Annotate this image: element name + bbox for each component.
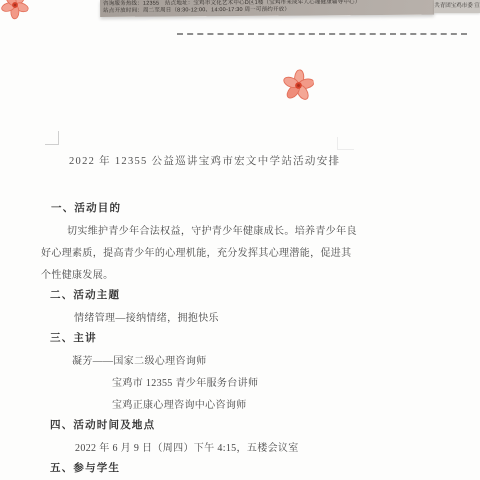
doc-line: 好心理素质，提高青少年的心理机能，充分发挥其心理潜能，促进其: [41, 244, 352, 259]
doc-line: 个性健康发展。: [41, 266, 113, 281]
section-heading-5: 五、参与学生: [50, 460, 120, 475]
flower-icon: [281, 68, 317, 104]
doc-line: 情绪管理—接纳情绪，拥抱快乐: [74, 309, 219, 324]
page-title: 2022 年 12355 公益巡讲宝鸡市宏文中学站活动安排: [69, 153, 340, 168]
doc-line: 宝鸡正康心理咨询中心咨询师: [112, 396, 247, 411]
dashed-divider: [177, 33, 467, 35]
section-heading-2: 二、活动主题: [50, 287, 120, 302]
corner-mark: [45, 131, 59, 145]
corner-mark-faint: [337, 137, 354, 150]
section-heading-1: 一、活动目的: [51, 200, 121, 215]
doc-line: 宝鸡市 12355 青少年服务台讲师: [112, 374, 258, 389]
strip-credit-label: 共青团宝鸡市委 宣: [434, 0, 480, 13]
doc-line: 2022 年 6 月 9 日（周四）下午 4:15，五楼会议室: [75, 439, 299, 454]
document-page: 咨询服务热线：12355 站点地址：宝鸡市文化艺术中心D区1楼（宝鸡市未成年人心…: [0, 0, 480, 480]
flower-corner-icon: [0, 0, 34, 24]
section-heading-4: 四、活动时间及地点: [50, 417, 155, 432]
doc-line: 凝芳——国家二级心理咨询师: [72, 352, 207, 367]
hotline-photo-strip: 咨询服务热线：12355 站点地址：宝鸡市文化艺术中心D区1楼（宝鸡市未成年人心…: [100, 0, 434, 17]
hotline-hours-text: 站点开放时间：周二至周日（8:30-12:00、14:00-17:30 周一可预…: [103, 6, 431, 15]
doc-line: 切实维护青少年合法权益，守护青少年健康成长。培养青少年良: [67, 222, 357, 237]
section-heading-3: 三、主讲: [50, 330, 97, 345]
